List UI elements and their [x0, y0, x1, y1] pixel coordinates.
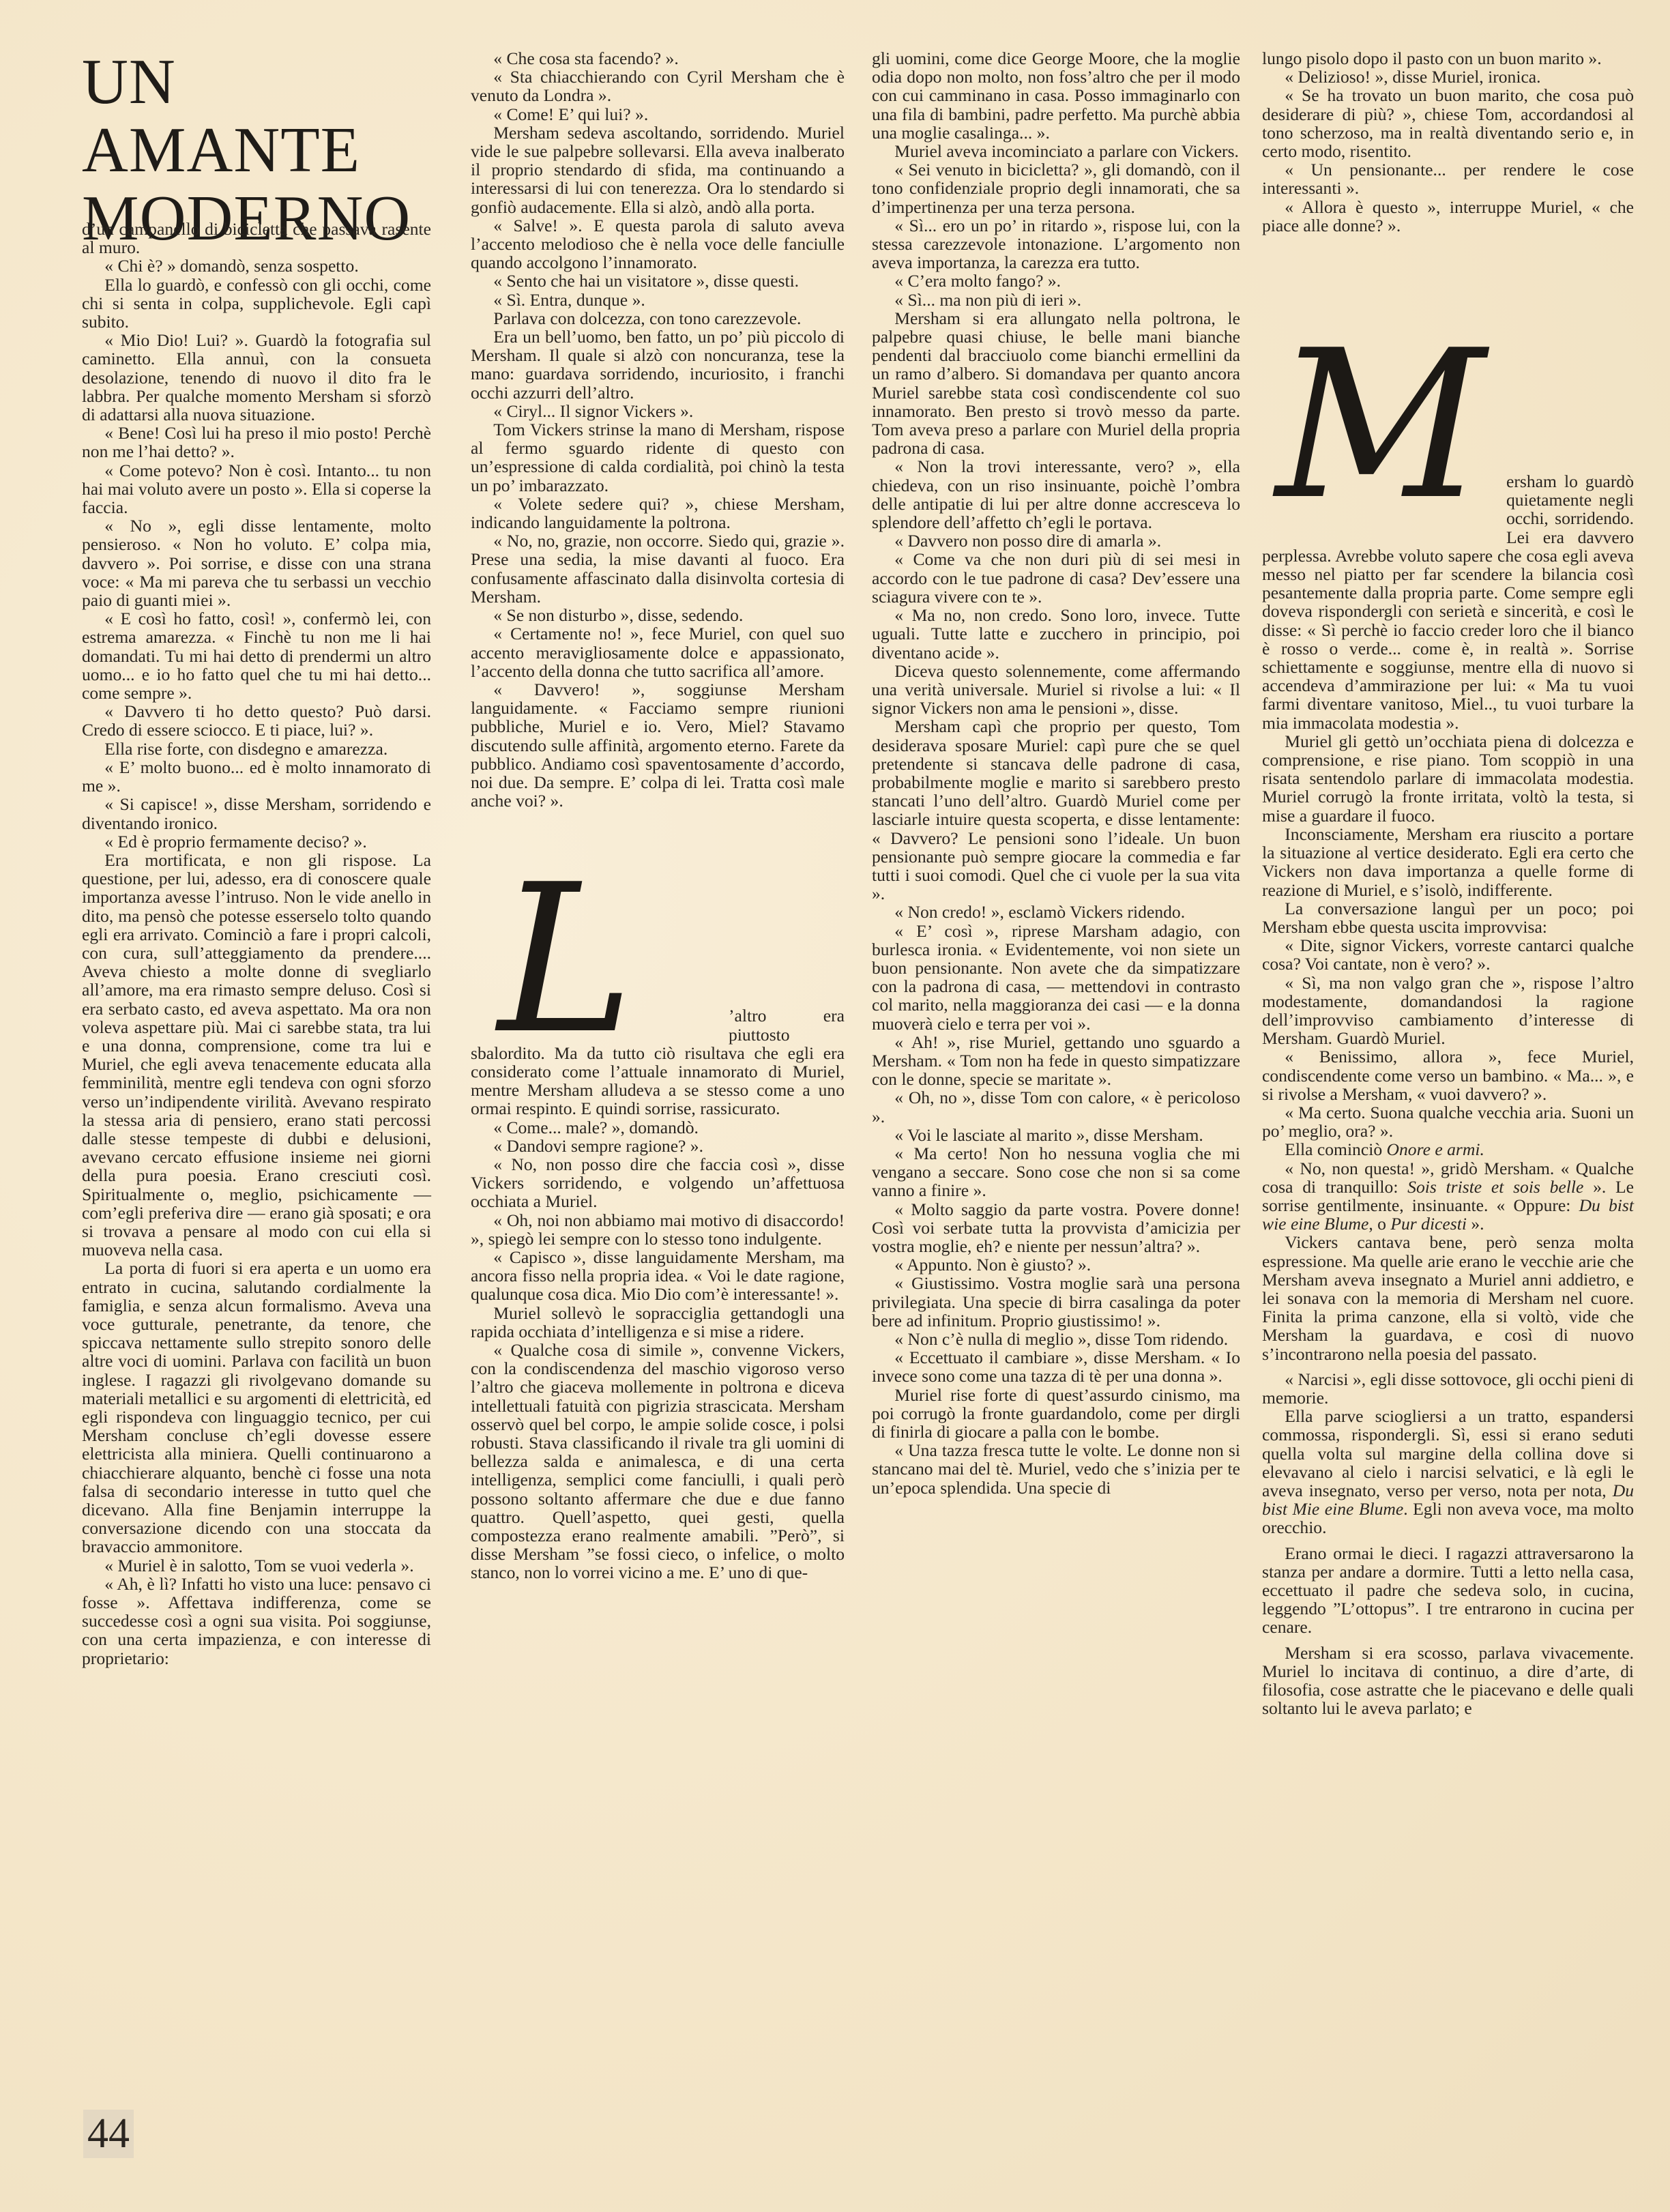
paragraph: Era mortificata, e non gli rispose. La q…	[82, 851, 431, 1259]
paragraph: Parlava con dolcezza, con tono carezzevo…	[471, 309, 845, 328]
paragraph: Mersham si era scosso, parlava vivacemen…	[1262, 1644, 1634, 1718]
paragraph: Mersham capì che proprio per questo, Tom…	[872, 717, 1240, 903]
paragraph: « Sì... ero un po’ in ritardo », rispose…	[872, 216, 1240, 272]
paragraph: Muriel rise forte di quest’assurdo cinis…	[872, 1386, 1240, 1442]
paragraph: « Si capisce! », disse Mersham, sorriden…	[82, 795, 431, 832]
paragraph: « Allora è questo », interruppe Muriel, …	[1262, 198, 1634, 235]
title-line-1: UN AMANTE	[82, 46, 360, 186]
paragraph: « Volete sedere qui? », chiese Mersham, …	[471, 495, 845, 532]
paragraph: Muriel gli gettò un’occhiata piena di do…	[1262, 732, 1634, 825]
paragraph: « Sei venuto in bicicletta? », gli doman…	[872, 160, 1240, 216]
paragraph: « C’era molto fango? ».	[872, 272, 1240, 290]
paragraph: Inconsciamente, Mersham era riuscito a p…	[1262, 825, 1634, 899]
paragraph: « Se ha trovato un buon marito, che cosa…	[1262, 86, 1634, 160]
paragraph: Vickers cantava bene, però senza molta e…	[1262, 1233, 1634, 1363]
paragraph: « Mio Dio! Lui? ». Guardò la fotografia …	[82, 331, 431, 424]
dropcap-L-icon: L	[498, 858, 723, 1035]
paragraph: « Come! E’ qui lui? ».	[471, 105, 845, 123]
paragraph: « No, no, grazie, non occorre. Siedo qui…	[471, 532, 845, 606]
paragraph: « Una tazza fresca tutte le volte. Le do…	[872, 1441, 1240, 1497]
paragraph: Tom Vickers strinse la mano di Mersham, …	[471, 420, 845, 495]
song-title: Sois triste et sois belle	[1407, 1177, 1583, 1197]
paragraph: Erano ormai le dieci. I ragazzi attraver…	[1262, 1544, 1634, 1637]
paragraph: « E’ molto buono... ed è molto innamorat…	[82, 758, 431, 795]
paragraph: « Ciryl... Il signor Vickers ».	[471, 402, 845, 420]
paragraph: Muriel aveva incominciato a parlare con …	[872, 142, 1240, 160]
paragraph: Mersham si era allungato nella poltrona,…	[872, 309, 1240, 458]
paragraph: « Capisco », disse languidamente Mersham…	[471, 1248, 845, 1304]
paragraph: « Chi è? » domandò, senza sospetto.	[82, 257, 431, 275]
paragraph: « Non c’è nulla di meglio », disse Tom r…	[872, 1330, 1240, 1348]
paragraph: « Eccettuato il cambiare », disse Mersha…	[872, 1348, 1240, 1385]
paragraph: Muriel sollevò le sopracciglia gettandog…	[471, 1304, 845, 1341]
paragraph: « Muriel è in salotto, Tom se vuoi veder…	[82, 1556, 431, 1575]
paragraph: « Dite, signor Vickers, vorreste cantarc…	[1262, 936, 1634, 973]
paragraph: « No, non questa! », gridò Mersham. « Qu…	[1262, 1159, 1634, 1234]
paragraph: « Delizioso! », disse Muriel, ironica.	[1262, 68, 1634, 86]
paragraph: gli uomini, come dice George Moore, che …	[872, 49, 1240, 142]
paragraph: « Non credo! », esclamò Vickers ridendo.	[872, 903, 1240, 921]
paragraph: « Ma certo. Suona qualche vecchia aria. …	[1262, 1103, 1634, 1140]
paragraph: « Ah! », rise Muriel, gettando uno sguar…	[872, 1033, 1240, 1089]
paragraph: « Voi le lasciate al marito », disse Mer…	[872, 1126, 1240, 1144]
paragraph: « Oh, noi non abbiamo mai motivo di disa…	[471, 1211, 845, 1248]
paragraph: « Se non disturbo », disse, sedendo.	[471, 606, 845, 624]
text-run: , o	[1368, 1214, 1390, 1234]
text-run: ».	[1467, 1214, 1484, 1234]
paragraph: « Davvero! », soggiunse Mersham languida…	[471, 680, 845, 810]
paragraph: « Sì. Entra, dunque ».	[471, 291, 845, 309]
paragraph: « Davvero non posso dire di amarla ».	[872, 532, 1240, 550]
paragraph: Era un bell’uomo, ben fatto, un po’ più …	[471, 328, 845, 402]
paragraph: « E’ così », riprese Marsham adagio, con…	[872, 922, 1240, 1033]
paragraph: « Ed è proprio fermamente deciso? ».	[82, 832, 431, 851]
paragraph: Ella parve sciogliersi a un tratto, espa…	[1262, 1407, 1634, 1537]
paragraph: « Narcisi », egli disse sottovoce, gli o…	[1262, 1370, 1634, 1407]
paragraph: « Oh, no », disse Tom con calore, « è pe…	[872, 1088, 1240, 1125]
paragraph: « Salve! ». E questa parola di saluto av…	[471, 216, 845, 272]
text-column-2: « Che cosa sta facendo? ». « Sta chiacch…	[471, 49, 845, 1582]
song-title: Onore e armi.	[1387, 1139, 1484, 1159]
paragraph: « Come potevo? Non è così. Intanto... tu…	[82, 461, 431, 517]
page-number: 44	[83, 2110, 134, 2158]
song-title: Pur dicesti	[1390, 1214, 1467, 1234]
paragraph: « E così ho fatto, così! », confermò lei…	[82, 609, 431, 702]
paragraph: « Come va che non duri più di sei mesi i…	[872, 550, 1240, 606]
paragraph: Diceva questo solennemente, come afferma…	[872, 662, 1240, 718]
paragraph: d’un campanello di bicicletta che passav…	[82, 220, 431, 257]
paragraph: « Sta chiacchierando con Cyril Mersham c…	[471, 68, 845, 104]
paragraph: « Molto saggio da parte vostra. Povere d…	[872, 1200, 1240, 1256]
paragraph: « Giustissimo. Vostra moglie sarà una pe…	[872, 1274, 1240, 1330]
paragraph: « Come... male? », domandò.	[471, 1118, 845, 1137]
paragraph: « No », egli disse lentamente, molto pen…	[82, 516, 431, 609]
paragraph: « Qualche cosa di simile », convenne Vic…	[471, 1341, 845, 1582]
paragraph: Mersham sedeva ascoltando, sorridendo. M…	[471, 123, 845, 216]
paragraph: La porta di fuori si era aperta e un uom…	[82, 1259, 431, 1556]
paragraph: Ella lo guardò, e confessò con gli occhi…	[82, 276, 431, 332]
paragraph: lungo pisolo dopo il pasto con un buon m…	[1262, 49, 1634, 68]
paragraph: La conversazione languì per un poco; poi…	[1262, 899, 1634, 936]
paragraph: « Sì, ma non valgo gran che », rispose l…	[1262, 974, 1634, 1048]
paragraph: « Ma no, non credo. Sono loro, invece. T…	[872, 606, 1240, 662]
paragraph: Ella rise forte, con disdegno e amarezza…	[82, 740, 431, 758]
paragraph: « No, non posso dire che faccia così », …	[471, 1155, 845, 1211]
paragraph: « Benissimo, allora », fece Muriel, cond…	[1262, 1047, 1634, 1103]
paragraph: « Sì... ma non più di ieri ».	[872, 291, 1240, 309]
dropcap-M-icon: M	[1276, 323, 1501, 528]
text-column-3: gli uomini, come dice George Moore, che …	[872, 49, 1240, 1497]
paragraph: « Dandovi sempre ragione? ».	[471, 1137, 845, 1155]
text-column-1: d’un campanello di bicicletta che passav…	[82, 220, 431, 1668]
paragraph: « Un pensionante... per rendere le cose …	[1262, 160, 1634, 197]
paragraph: « Bene! Così lui ha preso il mio posto! …	[82, 424, 431, 461]
section-break-L: L ’altro era piuttosto sbalordito. Ma da…	[471, 837, 845, 1118]
paragraph: « Non la trovi interessante, vero? », el…	[872, 457, 1240, 532]
paragraph: « Che cosa sta facendo? ».	[471, 49, 845, 68]
paragraph: « Sento che hai un visitatore », disse q…	[471, 272, 845, 290]
text-run: Ella cominciò	[1285, 1139, 1386, 1159]
paragraph: Ella cominciò Onore e armi.	[1262, 1140, 1634, 1159]
text-column-4: lungo pisolo dopo il pasto con un buon m…	[1262, 49, 1634, 1717]
paragraph: « Appunto. Non è giusto? ».	[872, 1255, 1240, 1274]
paragraph: « Davvero ti ho detto questo? Può darsi.…	[82, 702, 431, 739]
text-run: Ella parve sciogliersi a un tratto, espa…	[1262, 1406, 1634, 1500]
paragraph: « Ma certo! Non ho nessuna voglia che mi…	[872, 1144, 1240, 1200]
paragraph: « Certamente no! », fece Muriel, con que…	[471, 624, 845, 680]
paragraph: « Ah, è lì? Infatti ho visto una luce: p…	[82, 1575, 431, 1668]
section-break-M: M ersham lo guardò quietamente negli occ…	[1262, 303, 1634, 732]
